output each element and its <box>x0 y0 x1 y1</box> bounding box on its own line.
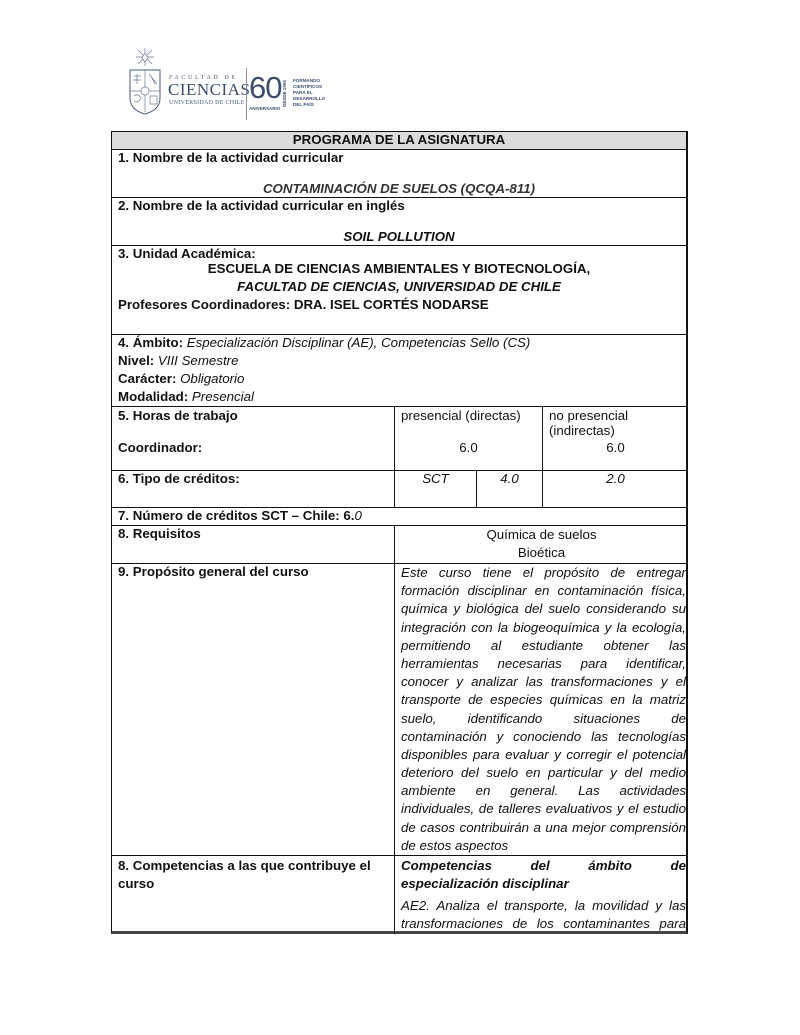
requirement-item: Química de suelos <box>395 526 688 544</box>
purpose-line: herramientas necesarias para identificar… <box>401 655 686 673</box>
course-name-value: CONTAMINACIÓN DE SUELOS (QCQA-811) <box>112 180 686 198</box>
purpose-line: formación disciplinar en contaminación f… <box>401 582 686 600</box>
anniversary-number: 60 <box>249 70 281 106</box>
presencial-header: presencial (directas) <box>401 407 521 425</box>
tagline-line: DEL PAÍS <box>293 102 325 108</box>
table-title: PROGRAMA DE LA ASIGNATURA <box>112 131 686 149</box>
modality-label: Modalidad: <box>118 389 188 404</box>
purpose-line: ambiente en general. Las actividades <box>401 782 686 800</box>
purpose-line: disponibles para evaluar y corregir el p… <box>401 746 686 764</box>
credit-type-value: SCT <box>395 470 476 488</box>
purpose-line: permitiendo al estudiante obtener las <box>401 637 686 655</box>
requirements-label: 8. Requisitos <box>118 525 201 543</box>
no-presencial-credits-value: 2.0 <box>543 470 688 488</box>
row-divider <box>111 855 688 856</box>
sct-credits-value-tail: 0 <box>354 508 361 523</box>
purpose-line: suelo, identificando situaciones de <box>401 710 686 728</box>
level-value: VIII Semestre <box>158 353 239 368</box>
course-name-english-label: 2. Nombre de la actividad curricular en … <box>118 197 405 215</box>
sct-credits-label: 7. Número de créditos SCT – Chile: 6. <box>118 508 354 523</box>
column-divider <box>394 525 395 934</box>
competencies-heading-line: especialización disciplinar <box>401 875 686 893</box>
scope-value: Especialización Disciplinar (AE), Compet… <box>187 335 531 350</box>
sct-credits-row: 7. Número de créditos SCT – Chile: 6.0 <box>118 507 362 525</box>
purpose-line: química y biológica del suelo consideran… <box>401 600 686 618</box>
level-row: Nivel: VIII Semestre <box>118 352 238 370</box>
logo-divider <box>246 68 247 120</box>
academic-unit-school: ESCUELA DE CIENCIAS AMBIENTALES Y BIOTEC… <box>112 260 686 278</box>
purpose-line: de estos aspectos <box>401 837 686 855</box>
character-label: Carácter: <box>118 371 176 386</box>
competencies-label-line2: curso <box>118 875 154 893</box>
purpose-label: 9. Propósito general del curso <box>118 563 309 581</box>
presencial-credits-value: 4.0 <box>477 470 542 488</box>
coordinator-label: Coordinador: <box>118 439 202 457</box>
purpose-line: Este curso tiene el propósito de entrega… <box>401 564 686 582</box>
university-crest-icon <box>127 46 163 116</box>
purpose-line: conocer y analizar las transformaciones … <box>401 673 686 691</box>
competency-ae2-line: transformaciones de los contaminantes pa… <box>401 915 686 933</box>
modality-value: Presencial <box>192 389 254 404</box>
work-hours-label: 5. Horas de trabajo <box>118 407 238 425</box>
competencies-label-line1: 8. Competencias a las que contribuye el <box>118 857 371 875</box>
academic-unit-faculty: FACULTAD DE CIENCIAS, UNIVERSIDAD DE CHI… <box>112 278 686 296</box>
competencies-heading-line: Competencias del ámbito de <box>401 857 686 875</box>
character-row: Carácter: Obligatorio <box>118 370 244 388</box>
character-value: Obligatorio <box>180 371 244 386</box>
since-label: DESDE 1965 <box>285 76 291 112</box>
scope-label: 4. Ámbito: <box>118 335 183 350</box>
since-text: DESDE 1965 <box>282 80 287 107</box>
purpose-line: transporte de especies químicas en la ma… <box>401 691 686 709</box>
scope-row: 4. Ámbito: Especialización Disciplinar (… <box>118 334 530 352</box>
anniversary-label: ANIVERSARIO <box>249 106 280 111</box>
purpose-line: de casos contribuirán a una mejor compre… <box>401 819 686 837</box>
purpose-line: contaminación y conociendo las tecnologí… <box>401 728 686 746</box>
modality-row: Modalidad: Presencial <box>118 388 254 406</box>
university-name: UNIVERSIDAD DE CHILE <box>169 100 245 106</box>
document-page: FACULTAD DE CIENCIAS UNIVERSIDAD DE CHIL… <box>0 0 800 1035</box>
purpose-line: individuales, de talleres evaluativos y … <box>401 800 686 818</box>
coordinators: Profesores Coordinadores: DRA. ISEL CORT… <box>118 296 489 314</box>
purpose-text: Este curso tiene el propósito de entrega… <box>401 564 686 855</box>
competency-ae2-line: AE2. Analiza el transporte, la movilidad… <box>401 897 686 915</box>
level-label: Nivel: <box>118 353 154 368</box>
faculty-logo: FACULTAD DE CIENCIAS UNIVERSIDAD DE CHIL… <box>125 46 340 122</box>
requirement-item: Bioética <box>395 544 688 562</box>
purpose-line: integración con la biogeoquímica y la ec… <box>401 619 686 637</box>
competency-ae2: AE2. Analiza el transporte, la movilidad… <box>401 897 686 933</box>
competencies-heading: Competencias del ámbito de especializaci… <box>401 857 686 893</box>
tagline: FORMANDO CIENTÍFICOS PARA EL DESARROLLO … <box>293 78 325 108</box>
no-presencial-header-2: (indirectas) <box>549 422 615 440</box>
faculty-name: CIENCIAS <box>168 80 250 100</box>
course-name-english-value: SOIL POLLUTION <box>112 228 686 246</box>
no-presencial-hours-value: 6.0 <box>543 439 688 457</box>
purpose-line: deterioro del suelo en particular y del … <box>401 764 686 782</box>
credit-type-label: 6. Tipo de créditos: <box>118 470 240 488</box>
course-name-label: 1. Nombre de la actividad curricular <box>118 149 343 167</box>
presencial-hours-value: 6.0 <box>395 439 542 457</box>
